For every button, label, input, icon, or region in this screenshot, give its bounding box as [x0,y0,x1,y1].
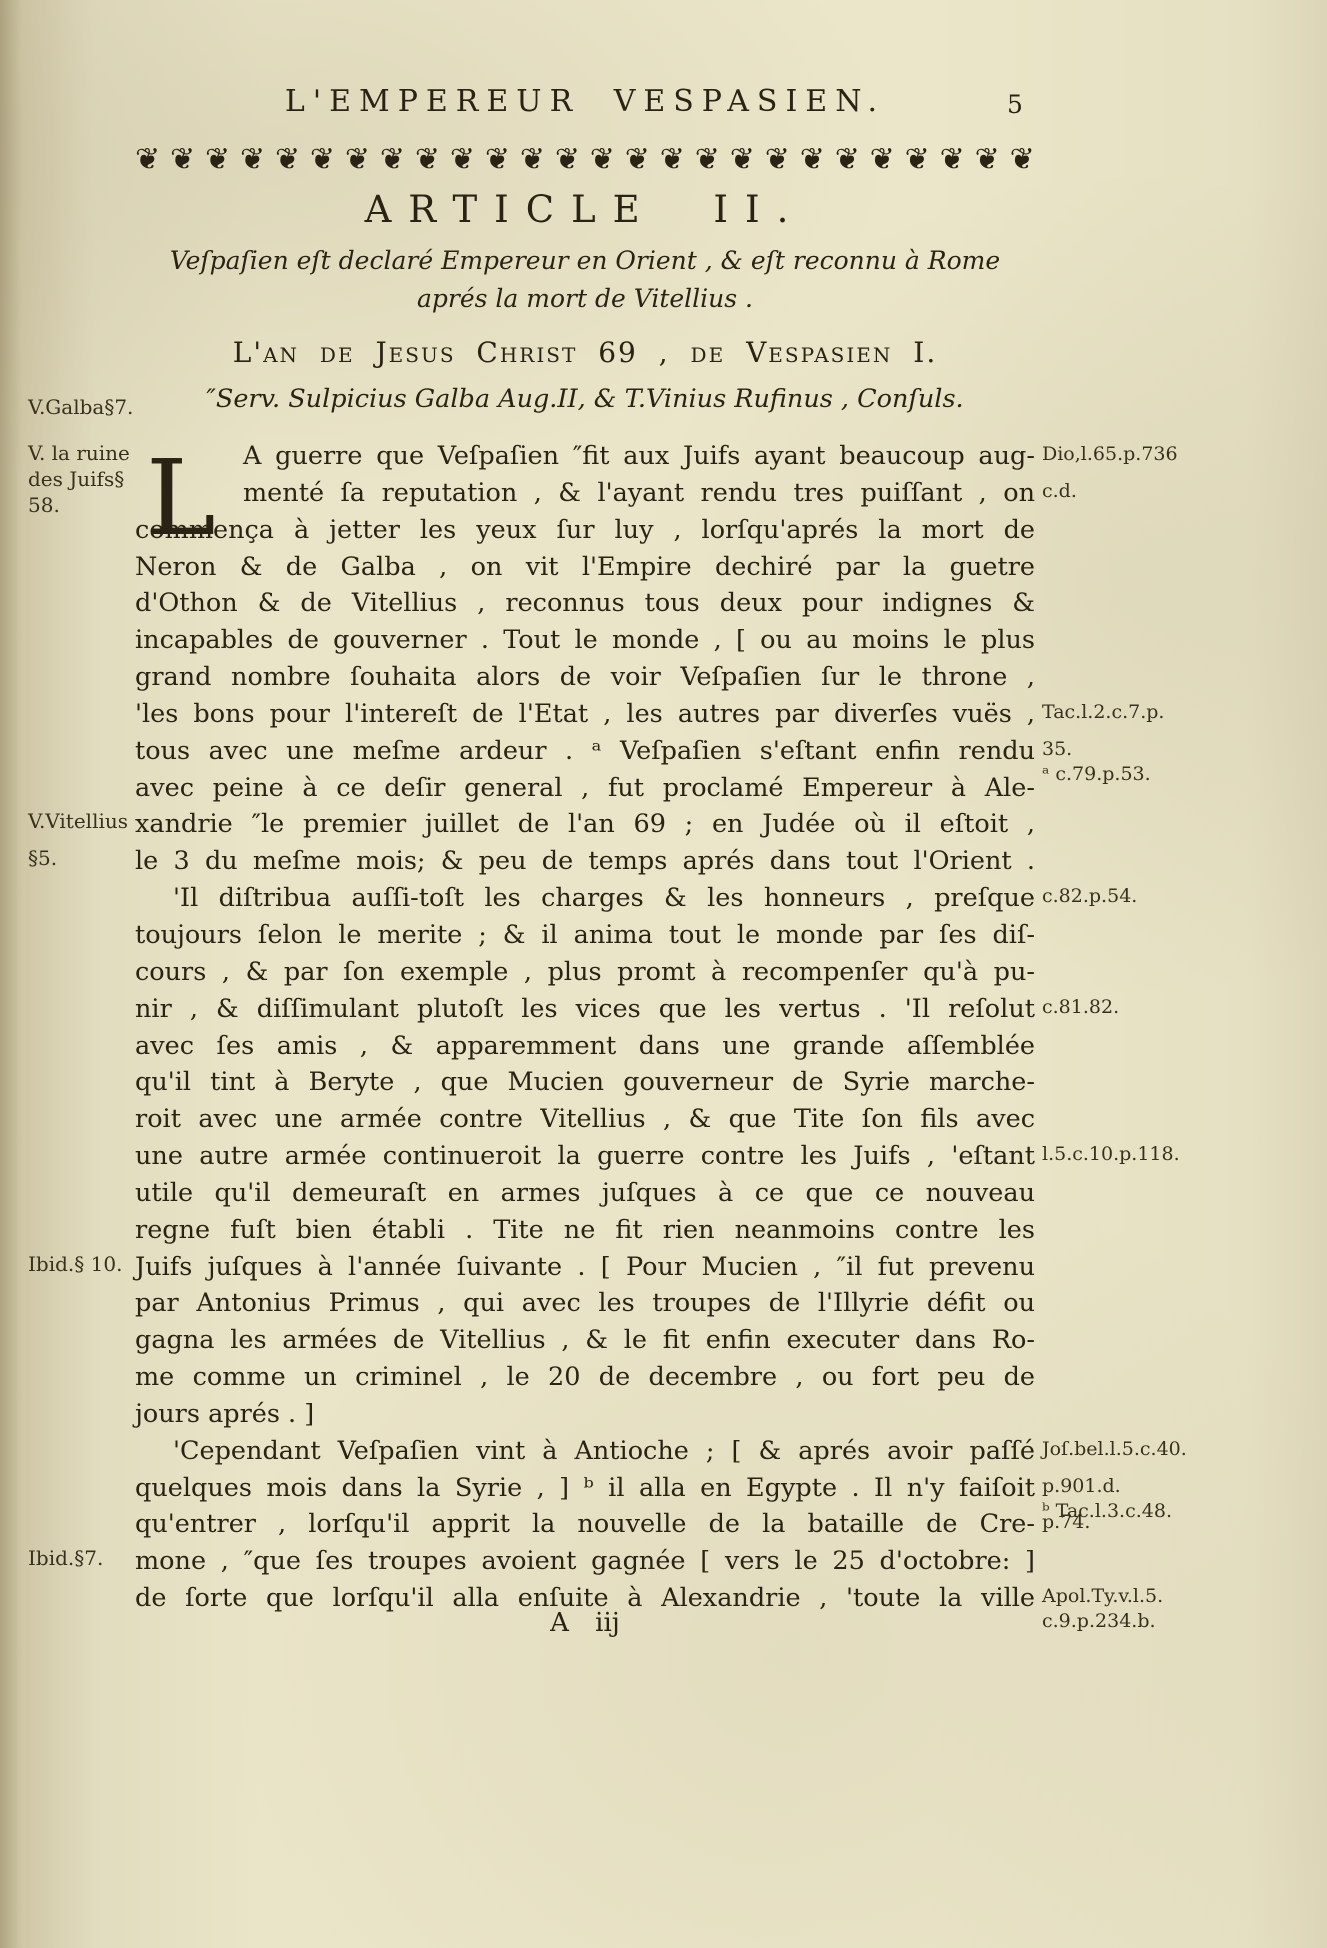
text-row: grand nombre ſouhaita alors de voir Veſp… [0,659,1327,696]
text-line: nir , & diſſimulant plutoſt les vices qu… [135,991,1035,1028]
text-line: d'Othon & de Vitellius , reconnus tous d… [135,585,1035,622]
margin-note-right: c.82.p.54. [1042,884,1322,909]
text-row: roit avec une armée contre Vitellius , &… [0,1101,1327,1138]
signature-mark: A iij [135,1608,1035,1638]
text-row: commença à jetter les yeux ſur luy , lor… [0,512,1327,549]
text-line: jours aprés . ] [135,1396,1035,1433]
text-line: 'Il diſtribua auſſi-toſt les charges & l… [135,880,1035,917]
margin-note-right: l.5.c.10.p.118. [1042,1142,1322,1167]
running-title: L'EMPEREUR VESPASIEN. [135,84,1035,119]
text-line: utile qu'il demeuraſt en armes juſques à… [135,1175,1035,1212]
text-line: Neron & de Galba , on vit l'Empire dechi… [135,549,1035,586]
text-line: regne fuſt bien établi . Tite ne fit rie… [135,1212,1035,1249]
fleuron-icon: ❦ [975,145,1000,175]
text-row: §5.le 3 du meſme mois; & peu de temps ap… [0,843,1327,880]
text-row: toujours ſelon le merite ; & il anima to… [0,917,1327,954]
text-line: me comme un criminel , le 20 de decembre… [135,1359,1035,1396]
fleuron-icon: ❦ [590,145,615,175]
text-line: avec ſes amis , & apparemment dans une g… [135,1028,1035,1065]
text-row: qu'il tint à Beryte , que Mucien gouvern… [0,1064,1327,1101]
fleuron-icon: ❦ [765,145,790,175]
fleuron-icon: ❦ [415,145,440,175]
book-page: L'EMPEREUR VESPASIEN. 5 ❦❦❦❦❦❦❦❦❦❦❦❦❦❦❦❦… [0,0,1327,1948]
text-row: me comme un criminel , le 20 de decembre… [0,1359,1327,1396]
text-line: avec peine à ce deſir general , fut proc… [135,770,1035,807]
text-line: A guerre que Veſpaſien ″fit aux Juifs ay… [243,438,1035,475]
fleuron-icon: ❦ [450,145,475,175]
text-line: 'les bons pour l'intereſt de l'Etat , le… [135,696,1035,733]
text-row: jours aprés . ] [0,1396,1327,1433]
text-row: Neron & de Galba , on vit l'Empire dechi… [0,549,1327,586]
text-line: gagna les armées de Vitellius , & le fit… [135,1322,1035,1359]
fleuron-icon: ❦ [240,145,265,175]
text-row: tous avec une meſme ardeur . ᵃ Veſpaſien… [0,733,1327,770]
fleuron-icon: ❦ [555,145,580,175]
page-number: 5 [985,90,1045,119]
text-line: grand nombre ſouhaita alors de voir Veſp… [135,659,1035,696]
text-row: nir , & diſſimulant plutoſt les vices qu… [0,991,1327,1028]
fleuron-icon: ❦ [835,145,860,175]
text-line: cours , & par ſon exemple , plus promt à… [135,954,1035,991]
margin-note-left: V.Galba§7. [28,394,138,420]
article-heading: ARTICLE II. [135,188,1035,231]
text-line: Juifs juſques à l'année ſuivante . [ Pou… [135,1249,1035,1286]
text-block: V. la ruine des Juifs§ 58.A guerre que V… [0,438,1327,1617]
text-row: V.Vitelliusxandrie ″le premier juillet d… [0,806,1327,843]
text-row: d'Othon & de Vitellius , reconnus tous d… [0,585,1327,622]
year-line: L'an de Jesus Christ 69 , de Vespasien I… [135,336,1035,369]
margin-note-right: Dio,l.65.p.736 [1042,442,1322,467]
text-row: par Antonius Primus , qui avec les troup… [0,1285,1327,1322]
text-row: menté ſa reputation , & l'ayant rendu tr… [0,475,1327,512]
fleuron-band: ❦❦❦❦❦❦❦❦❦❦❦❦❦❦❦❦❦❦❦❦❦❦❦❦❦❦ [135,136,1035,184]
fleuron-icon: ❦ [520,145,545,175]
subtitle-line-2: aprés la mort de Vitellius . [135,284,1035,313]
fleuron-icon: ❦ [485,145,510,175]
text-line: qu'il tint à Beryte , que Mucien gouvern… [135,1064,1035,1101]
text-row: avec ſes amis , & apparemment dans une g… [0,1028,1327,1065]
text-row: regne fuſt bien établi . Tite ne fit rie… [0,1212,1327,1249]
text-row: avec peine à ce deſir general , fut proc… [0,770,1327,807]
fleuron-icon: ❦ [275,145,300,175]
text-line: mone , ″que ſes troupes avoient gagnée [… [135,1543,1035,1580]
text-line: roit avec une armée contre Vitellius , &… [135,1101,1035,1138]
text-line: incapables de gouverner . Tout le monde … [135,622,1035,659]
margin-note-left: Ibid.§ 10. [28,1251,136,1277]
text-row: Ibid.§ 10.Juifs juſques à l'année ſuivan… [0,1249,1327,1286]
text-row: 'Il diſtribua auſſi-toſt les charges & l… [0,880,1327,917]
text-line: par Antonius Primus , qui avec les troup… [135,1285,1035,1322]
text-row: quelques mois dans la Syrie , ] ᵇ il all… [0,1470,1327,1507]
margin-note-left: Ibid.§7. [28,1545,136,1571]
fleuron-icon: ❦ [135,145,160,175]
subtitle-line-1: Veſpaſien eſt declaré Empereur en Orient… [135,246,1035,275]
text-row: qu'entrer , lorſqu'il apprit la nouvelle… [0,1506,1327,1543]
margin-note-right: Joſ.bel.l.5.c.40. [1042,1437,1322,1462]
margin-note-right: c.81.82. [1042,995,1322,1020]
text-line: une autre armée continueroit la guerre c… [135,1138,1035,1175]
fleuron-icon: ❦ [170,145,195,175]
fleuron-icon: ❦ [380,145,405,175]
text-line: commença à jetter les yeux ſur luy , lor… [135,512,1035,549]
fleuron-icon: ❦ [1010,145,1035,175]
fleuron-icon: ❦ [205,145,230,175]
text-row: 'Cependant Veſpaſien vint à Antioche ; [… [0,1433,1327,1470]
fleuron-icon: ❦ [310,145,335,175]
fleuron-icon: ❦ [940,145,965,175]
consuls-line: ″Serv. Sulpicius Galba Aug.II, & T.Viniu… [135,384,1035,414]
fleuron-icon: ❦ [660,145,685,175]
text-row: utile qu'il demeuraſt en armes juſques à… [0,1175,1327,1212]
text-row: V. la ruine des Juifs§ 58.A guerre que V… [0,438,1327,475]
text-line: menté ſa reputation , & l'ayant rendu tr… [243,475,1035,512]
margin-note-left: §5. [28,845,136,871]
text-line: tous avec une meſme ardeur . ᵃ Veſpaſien… [135,733,1035,770]
fleuron-icon: ❦ [730,145,755,175]
margin-note-right: p.74. [1042,1510,1322,1535]
text-line: quelques mois dans la Syrie , ] ᵇ il all… [135,1470,1035,1507]
text-row: gagna les armées de Vitellius , & le fit… [0,1322,1327,1359]
text-row: 'les bons pour l'intereſt de l'Etat , le… [0,696,1327,733]
text-line: 'Cependant Veſpaſien vint à Antioche ; [… [135,1433,1035,1470]
margin-note-right: Apol.Ty.v.l.5. c.9.p.234.b. [1042,1584,1322,1634]
fleuron-icon: ❦ [345,145,370,175]
text-line: xandrie ″le premier juillet de l'an 69 ;… [135,806,1035,843]
fleuron-icon: ❦ [695,145,720,175]
text-row: Ibid.§7.mone , ″que ſes troupes avoient … [0,1543,1327,1580]
margin-note-right: Tac.l.2.c.7.p. [1042,700,1322,725]
text-line: toujours ſelon le merite ; & il anima to… [135,917,1035,954]
text-line: qu'entrer , lorſqu'il apprit la nouvelle… [135,1506,1035,1543]
fleuron-icon: ❦ [625,145,650,175]
fleuron-icon: ❦ [905,145,930,175]
text-line: le 3 du meſme mois; & peu de temps aprés… [135,843,1035,880]
fleuron-icon: ❦ [800,145,825,175]
text-row: incapables de gouverner . Tout le monde … [0,622,1327,659]
margin-note-left: V.Vitellius [28,808,136,834]
text-row: cours , & par ſon exemple , plus promt à… [0,954,1327,991]
text-row: une autre armée continueroit la guerre c… [0,1138,1327,1175]
fleuron-icon: ❦ [870,145,895,175]
margin-note-right: c.d. [1042,479,1322,504]
